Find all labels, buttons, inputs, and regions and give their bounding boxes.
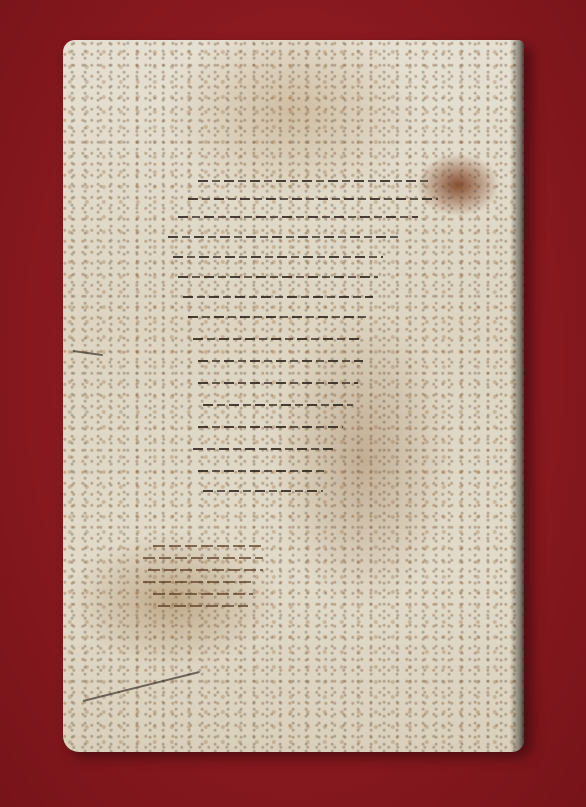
photo-scene: Weathered off-white rectangular stone/cl… <box>0 0 586 807</box>
surface-crack <box>73 350 103 356</box>
incised-lines-lower <box>133 535 283 615</box>
surface-crack <box>83 671 200 702</box>
incised-lines-upper <box>138 170 438 500</box>
tablet <box>63 40 524 752</box>
